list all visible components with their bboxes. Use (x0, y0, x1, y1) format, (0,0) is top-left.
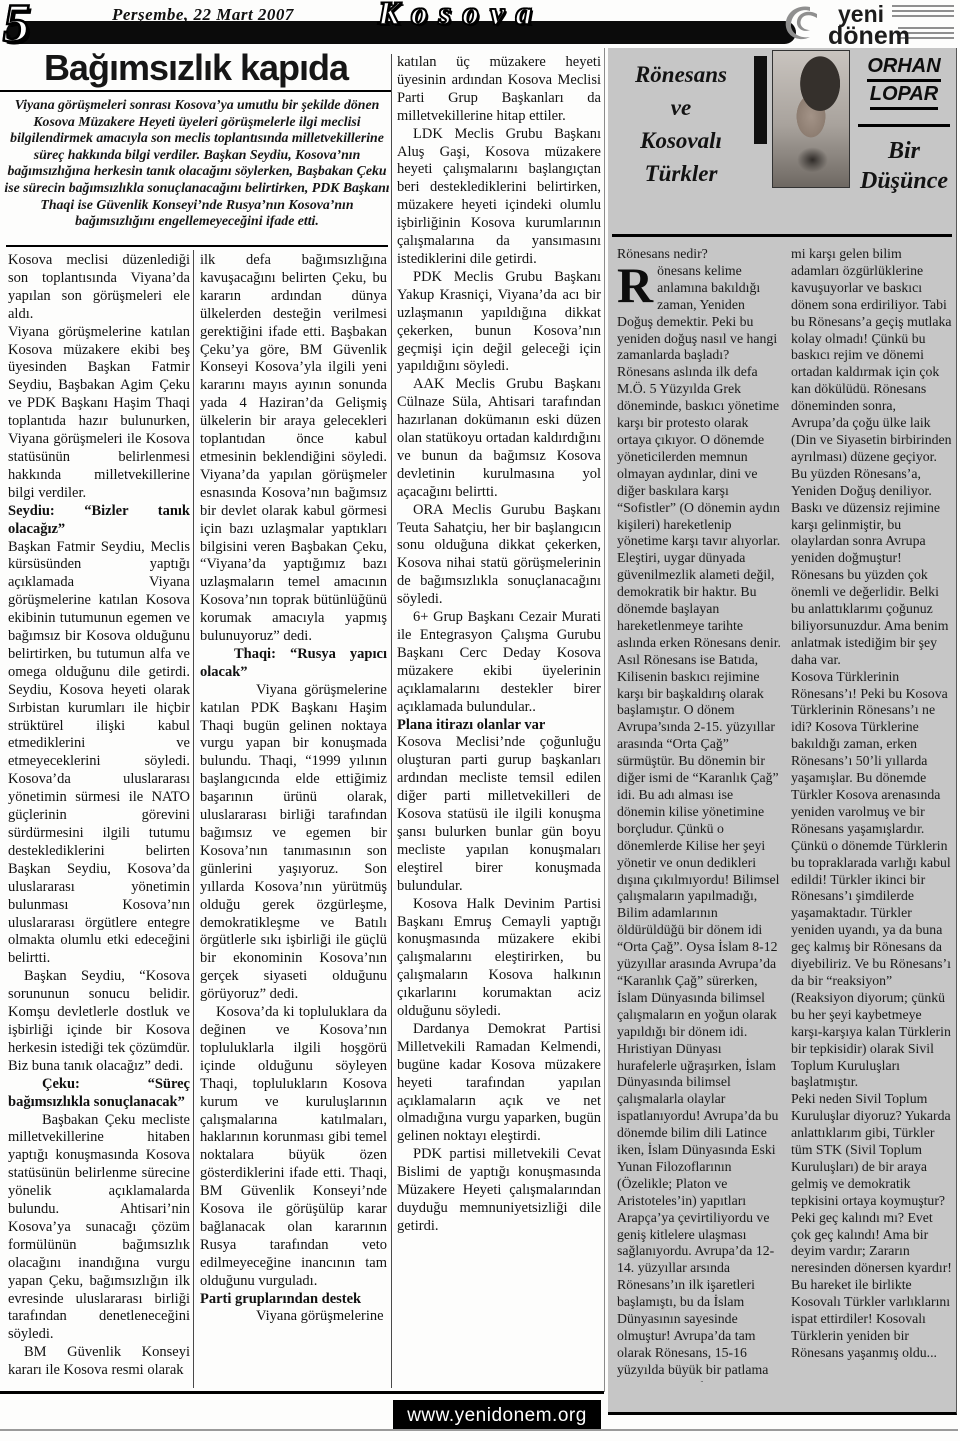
article-paragraph: 6+ Grup Başkanı Cezair Murati ile Entegr… (397, 609, 601, 716)
opinion-title-line: Rönesans (610, 58, 752, 91)
article-paragraph: AAK Meclis Grubu Başkanı Cülnaze Süla, A… (397, 376, 601, 501)
opinion-title-line: Kosovalı (610, 124, 752, 157)
opinion-title-line: Türkler (610, 157, 752, 190)
article-subhead: Parti gruplarından destek (200, 1291, 387, 1309)
drop-cap: R (617, 263, 657, 305)
article-paragraph: ORA Meclis Gurubu Başkanı Teuta Sahatçiu… (397, 502, 601, 609)
opinion-question: Rönesans nedir? (617, 246, 783, 263)
newspaper-page: 5 Perşembe, 22 Mart 2007 Kosova yeni dön… (0, 0, 960, 1441)
article-column-1: Kosova meclisi düzenlediği son toplantıs… (8, 252, 190, 1386)
article-paragraph: Başkan Fatmir Seydiu, Meclis kürsüsünden… (8, 539, 190, 969)
article-subhead: Plana itirazı olanlar var (397, 717, 601, 735)
issue-date: Perşembe, 22 Mart 2007 (112, 5, 294, 25)
article-paragraph: ilk defa bağımsızlığına kavuşacağını bel… (200, 252, 387, 646)
opinion-column-1: Rönesans nedir? Rönesans kelime anlamına… (617, 246, 783, 1382)
column-kicker-line: Bir (854, 136, 954, 166)
article-subhead: Thaqi: “Rusya yapıcı olacak” (200, 646, 387, 682)
column-rule (193, 250, 194, 1388)
bottom-rule (0, 1391, 604, 1394)
opinion-paragraph: Bu hareket ile birlikte Kosovalı Türkler… (791, 1277, 952, 1362)
article-paragraph: katılan üç müzakere heyeti üyesinin ardı… (397, 54, 601, 126)
article-subhead: Çeku: “Süreç bağımsızlıkla sonuçlanacak” (8, 1076, 190, 1112)
opinion-title-line: ve (610, 91, 752, 124)
newspaper-logo: yeni dönem (780, 0, 958, 46)
article-paragraph: Kosova Meclisi’nde çoğunluğu oluşturan p… (397, 734, 601, 895)
logo-swoosh-icon (780, 2, 828, 44)
page-number: 5 (3, 0, 30, 54)
article-paragraph: Kosova’da ki topluluklara da değinen ve … (200, 1004, 387, 1291)
website-bar: www.yenidonem.org (393, 1400, 601, 1431)
section-title: Kosova (378, 0, 543, 33)
opinion-paragraph: mi karşı gelen bilim adamları özgürlükle… (791, 246, 952, 669)
column-kicker: Bir Düşünce (854, 136, 954, 196)
article-subhead: Seydiu: “Bizler tanık olacağız” (8, 503, 190, 539)
column-kicker-line: Düşünce (854, 166, 954, 196)
author-rule (858, 124, 950, 127)
article-paragraph: Kosova meclisi düzenlediği son toplantıs… (8, 252, 190, 324)
article-column-3: katılan üç müzakere heyeti üyesinin ardı… (397, 54, 601, 1386)
article-paragraph: Kosova Halk Devinim Partisi Başkanı Emru… (397, 896, 601, 1021)
columns-top-rule (6, 245, 388, 247)
article-paragraph: BM Güvenlik Konseyi kararı ile Kosova re… (8, 1344, 190, 1380)
page-bottom-rule (0, 1429, 958, 1431)
author-photo (772, 50, 850, 188)
main-headline: Bağımsızlık kapıda (0, 47, 392, 88)
article-paragraph: PDK Meclis Grubu Başkanı Yakup Krasniçi,… (397, 269, 601, 376)
article-paragraph: Başkan Seydiu, “Kosova sorununun sonucu … (8, 968, 190, 1075)
opinion-paragraph: Kosova Türklerinin Rönesans’ı! Peki bu K… (791, 669, 952, 1092)
article-paragraph: LDK Meclis Grubu Başkanı Aluş Gaşi, Koso… (397, 126, 601, 269)
opinion-paragraph: Asıl Rönesans ise Batıda, Kilisenin bask… (617, 652, 783, 1382)
opinion-divider-bar (754, 56, 767, 144)
author-name: ORHAN LOPAR (854, 54, 954, 110)
article-paragraph: Viyana görüşmelerine katılan Kosova müza… (8, 324, 190, 503)
column-rule (604, 48, 605, 1392)
article-paragraph: Dardanya Demokrat Partisi Milletvekili R… (397, 1021, 601, 1146)
article-paragraph: PDK partisi milletvekili Cevat Bislimi d… (397, 1146, 601, 1236)
headline-rule (0, 90, 391, 92)
logo-stripes (892, 5, 954, 18)
column-rule (391, 54, 392, 1388)
opinion-paragraph: Rönesans kelime anlamına bakıldığı zaman… (617, 263, 783, 652)
opinion-title: Rönesans ve Kosovalı Türkler (610, 58, 752, 190)
author-first-name: ORHAN (867, 55, 940, 82)
lead-paragraph: Viyana görüşmeleri sonrası Kosova’ya umu… (4, 97, 390, 230)
opinion-column-2: mi karşı gelen bilim adamları özgürlükle… (791, 246, 952, 1382)
opinion-paragraph: Peki neden Sivil Toplum Kuruluşlar diyor… (791, 1091, 952, 1277)
article-paragraph: Viyana görüşmelerine katılan PDK Başkanı… (200, 682, 387, 1004)
opinion-header-rule (612, 234, 952, 237)
author-last-name: LOPAR (870, 83, 939, 110)
logo-word-bottom: dönem (828, 22, 910, 51)
article-paragraph: Başbakan Çeku mecliste milletvekillerine… (8, 1112, 190, 1345)
article-column-2: ilk defa bağımsızlığına kavuşacağını bel… (200, 252, 387, 1386)
article-paragraph: Viyana görüşmelerine (200, 1308, 387, 1326)
opinion-paragraph-text: önesans kelime anlamına bakıldığı zaman,… (617, 263, 781, 650)
opinion-sidebar: Rönesans ve Kosovalı Türkler ORHAN LOPAR… (608, 48, 957, 1415)
